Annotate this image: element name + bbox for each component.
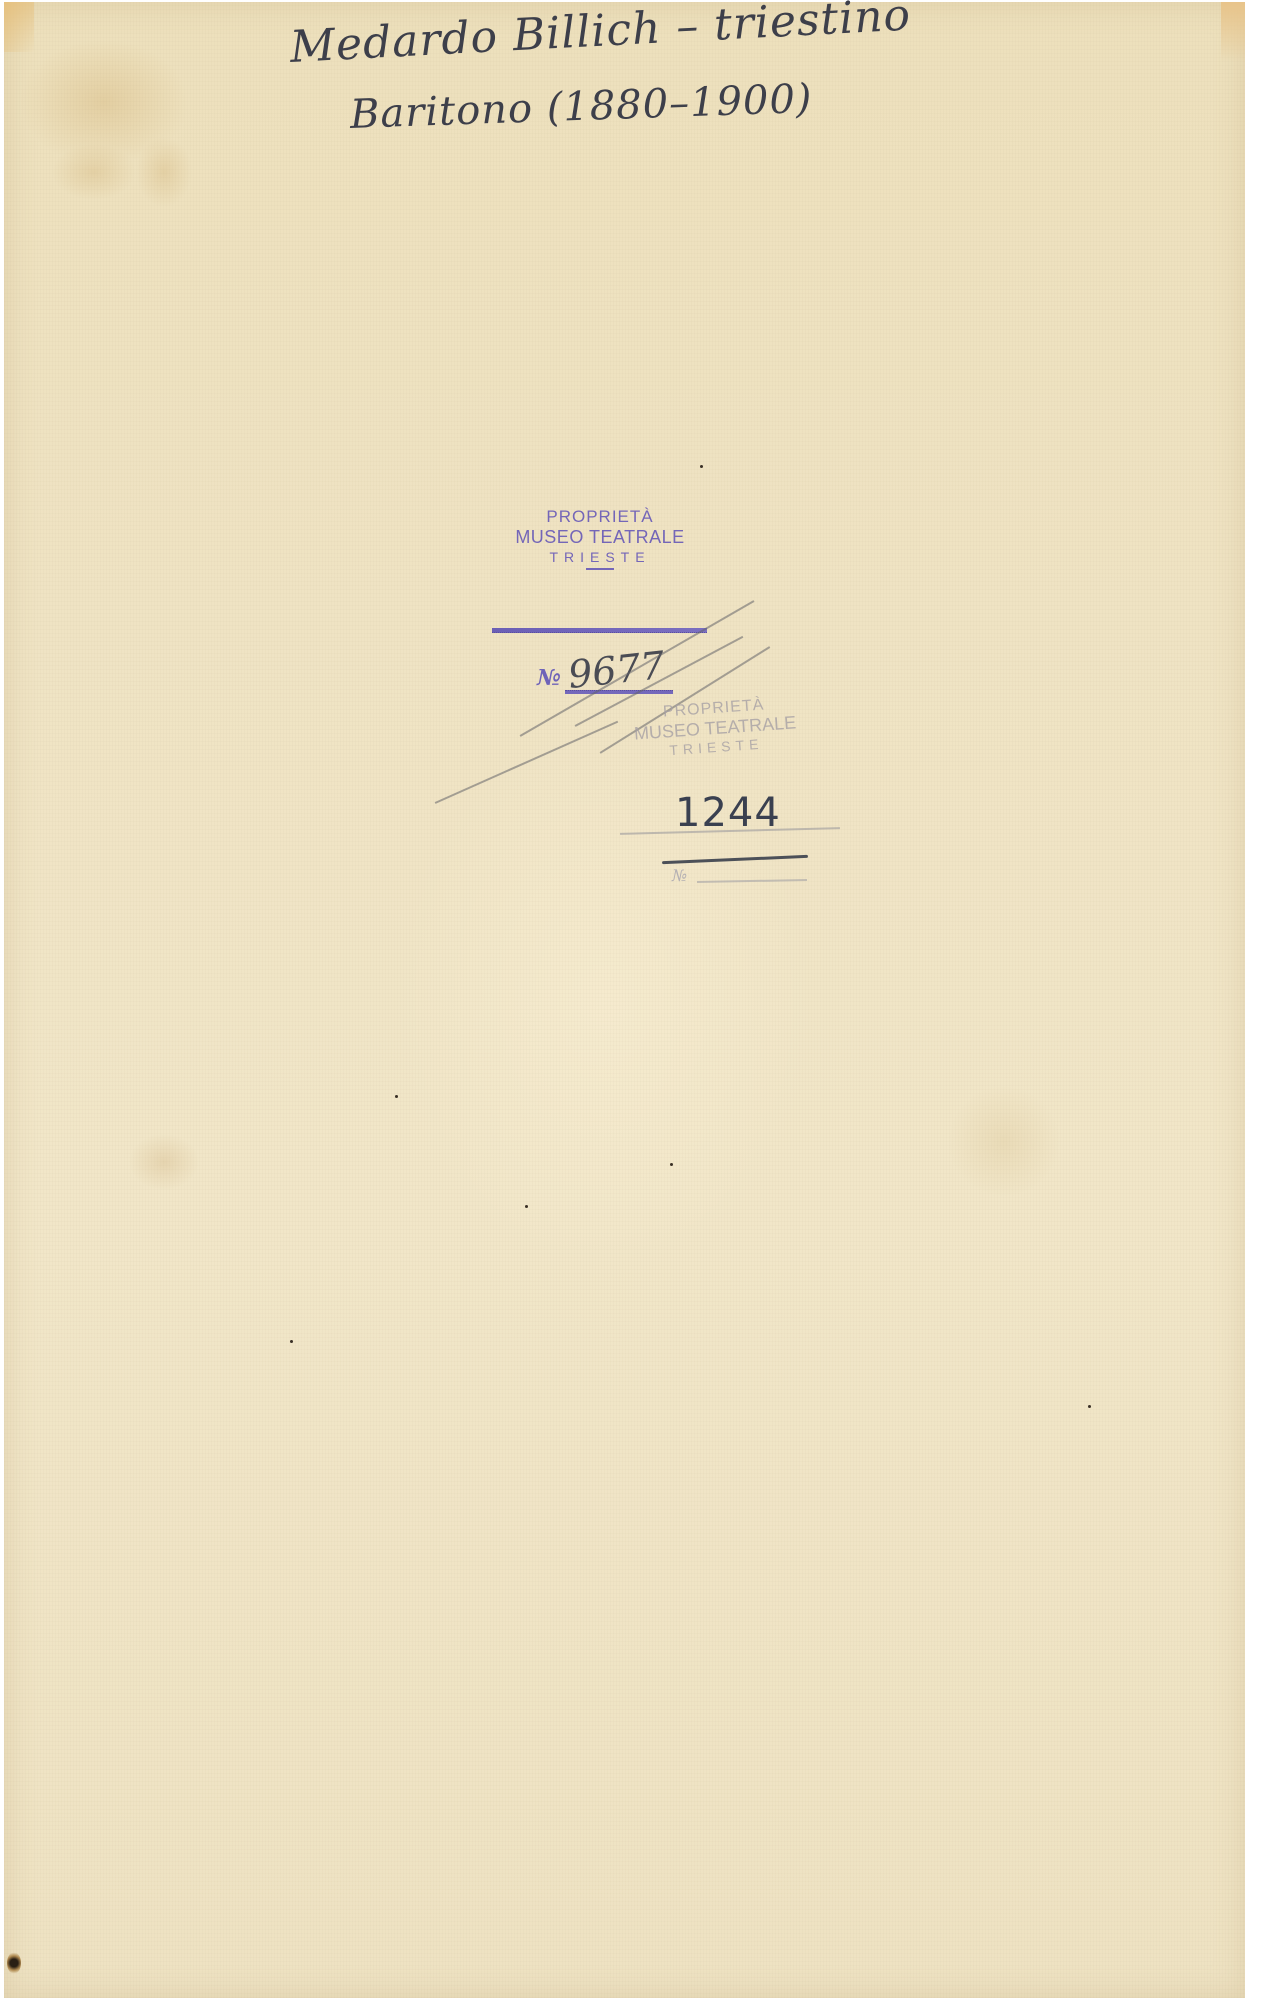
- paper-speck: [525, 1205, 528, 1208]
- stamp-dash: [586, 568, 614, 570]
- number-sign: №: [537, 665, 561, 691]
- paper-speck: [290, 1340, 293, 1343]
- corner-wear: [1221, 2, 1245, 62]
- stamp-line-museum: MUSEO TEATRALE: [495, 527, 705, 548]
- document-card: [4, 2, 1245, 1998]
- paper-speck: [1088, 1405, 1091, 1408]
- faded-number-sign: №: [672, 866, 687, 885]
- inventory-number-current: 1244: [675, 790, 781, 836]
- stamp-line-city: TRIESTE: [495, 549, 705, 565]
- paper-speck: [395, 1095, 398, 1098]
- museum-ownership-stamp: PROPRIETÀ MUSEO TEATRALE TRIESTE: [495, 507, 705, 570]
- paper-speck: [670, 1163, 673, 1166]
- stamp-line-property: PROPRIETÀ: [495, 507, 705, 527]
- stamp-rule-line: [492, 628, 707, 633]
- corner-stain: [4, 2, 34, 52]
- edge-damage-mark: [7, 1952, 21, 1974]
- paper-speck: [700, 465, 703, 468]
